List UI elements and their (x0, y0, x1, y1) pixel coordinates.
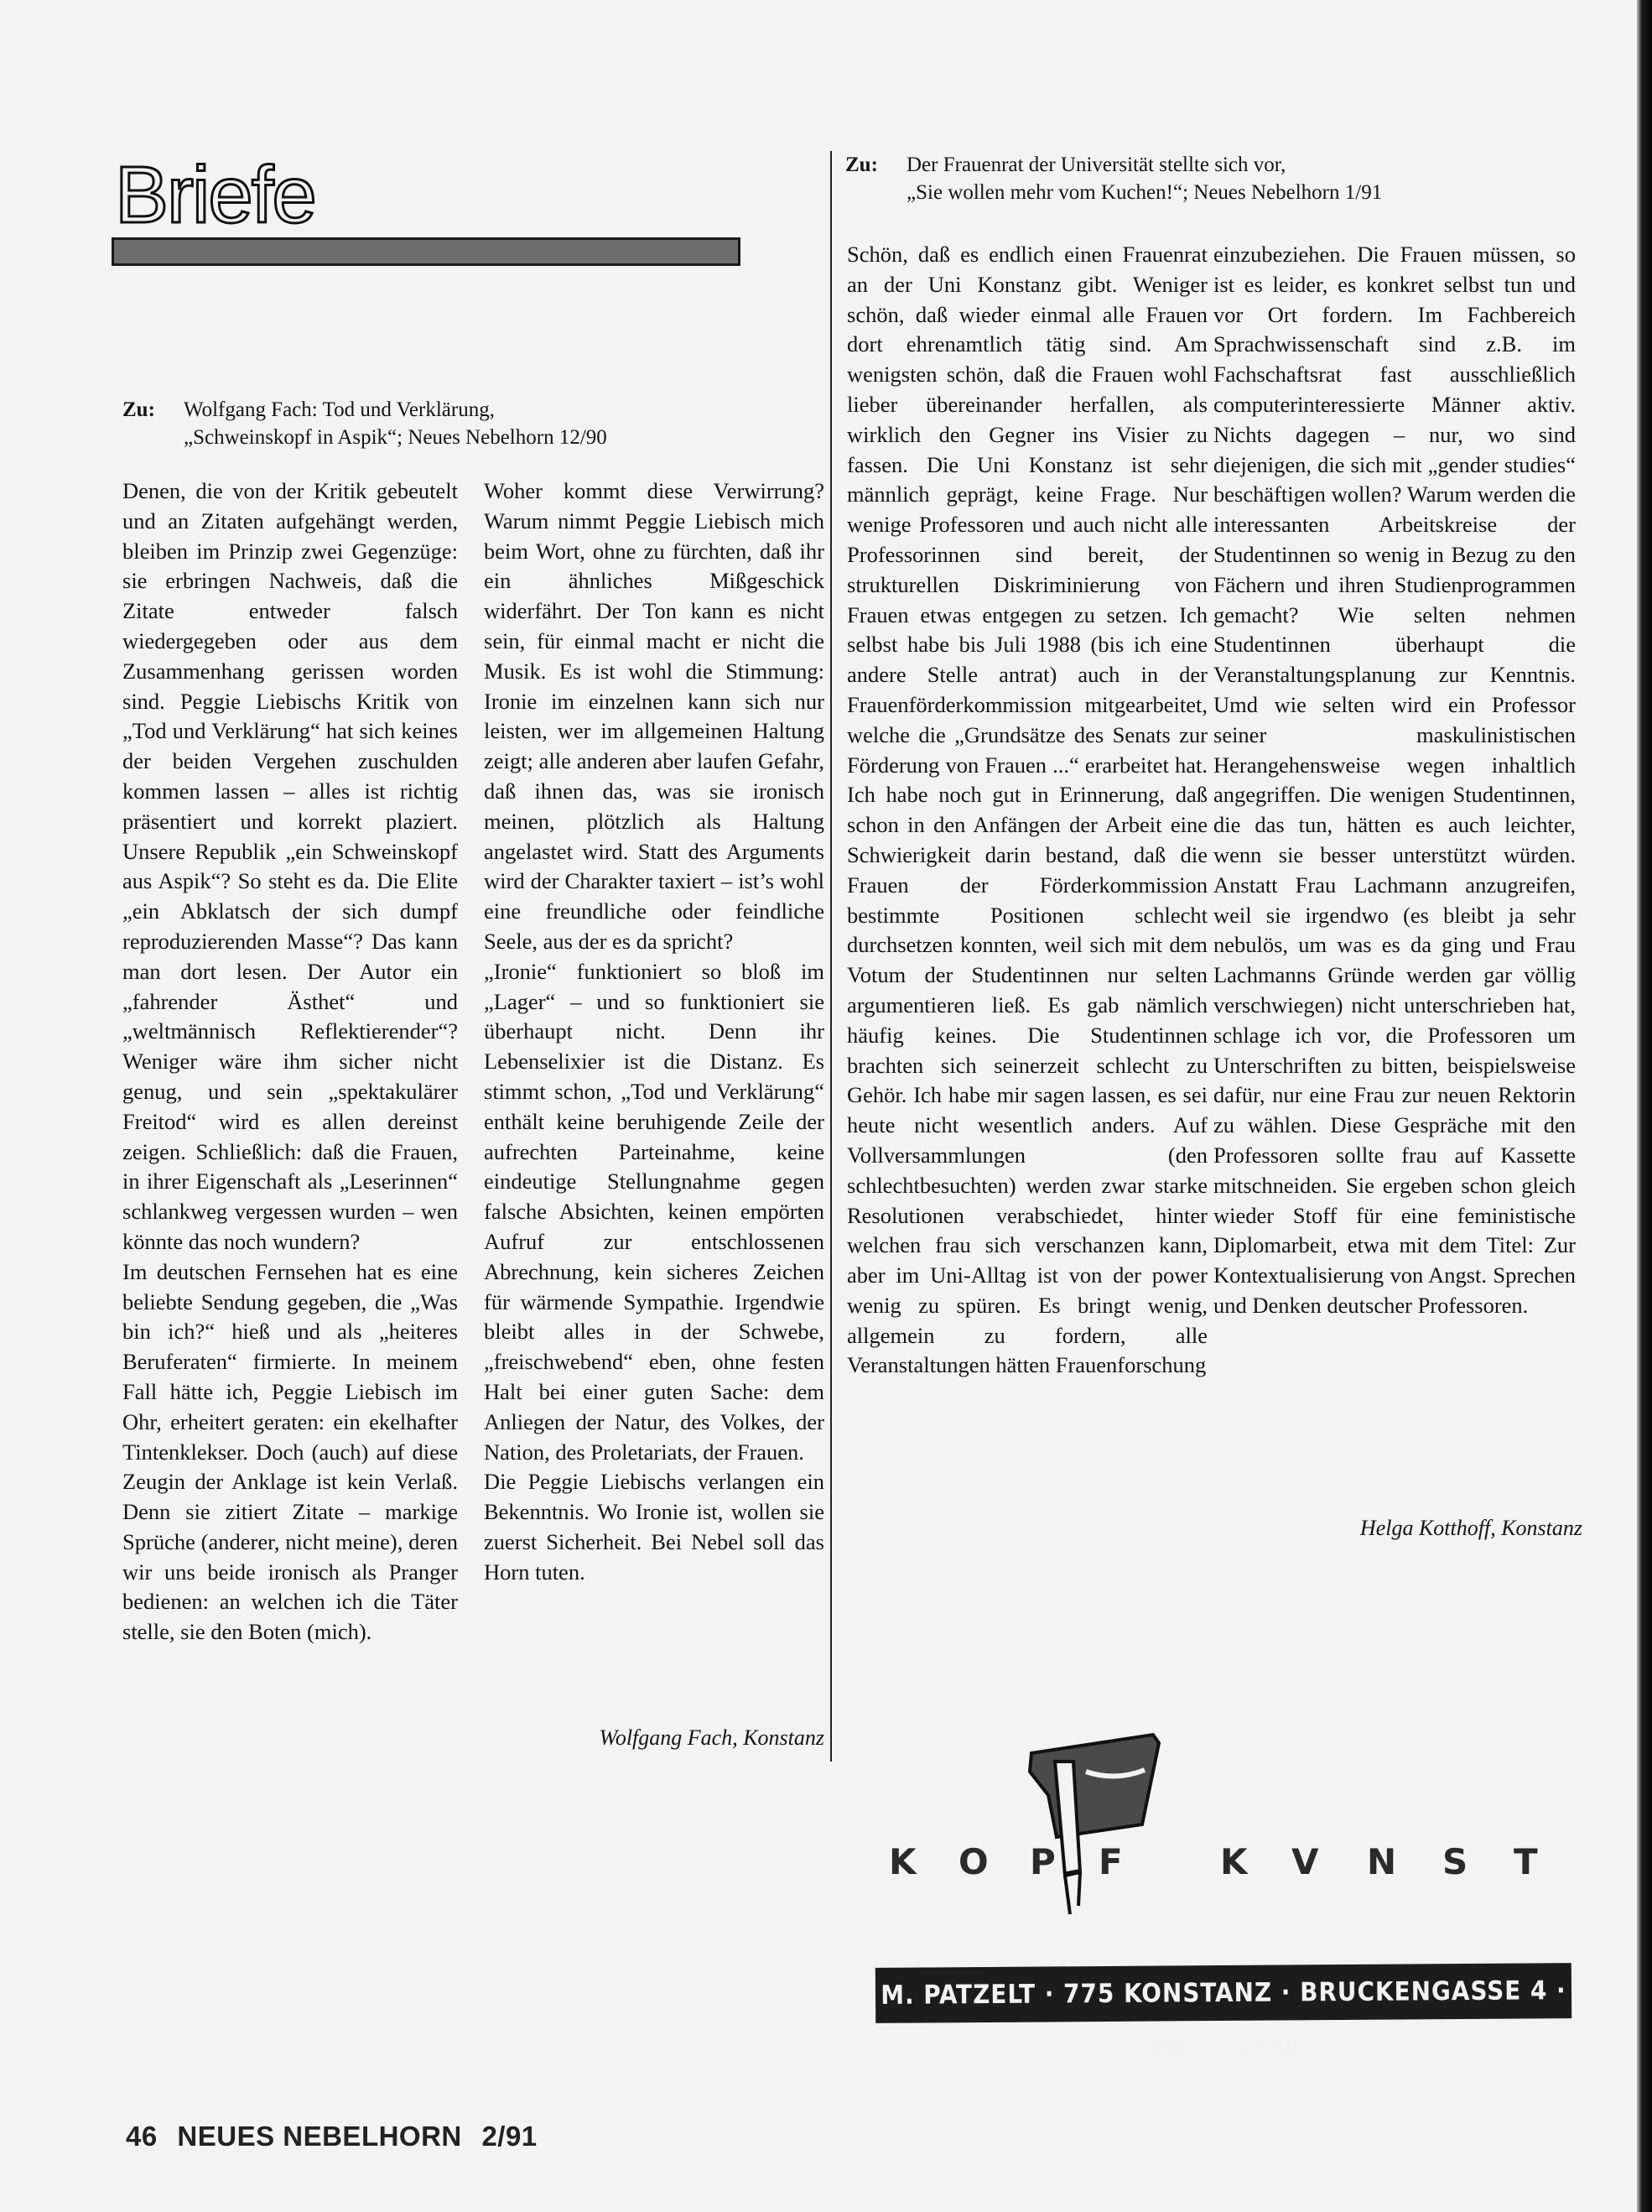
logo-letter: S (1442, 1841, 1468, 1882)
letter1-column-2: Woher kommt diese Verwirrung? Warum nimm… (484, 476, 824, 1587)
letter2-ref-label: Zu: (845, 151, 878, 179)
kopfkunst-advertisement: K O P F K V N S T M. PATZELT · 775 KONST… (864, 1720, 1593, 2055)
letter1-ref-line2: „Schweinskopf in Aspik“; Neues Nebelhorn… (184, 424, 760, 451)
logo-letter: P (1030, 1841, 1056, 1882)
letter2-paragraph: Schön, daß es endlich einen Frauenrat an… (847, 240, 1208, 1381)
logo-letter: F (1099, 1841, 1123, 1882)
letter2-column-2: einzubeziehen. Die Frauen müssen, so ist… (1213, 240, 1576, 1321)
letter1-paragraph: Denen, die von der Kritik gebeutelt und … (122, 476, 458, 1257)
letter1-paragraph: Woher kommt diese Verwirrung? Warum nimm… (484, 476, 824, 957)
page-footer: 46 NEUES NEBELHORN 2/91 (126, 2121, 549, 2152)
logo-letter: K (1220, 1841, 1248, 1882)
letter2-paragraph: einzubeziehen. Die Frauen müssen, so ist… (1213, 240, 1576, 1321)
page-number: 46 (126, 2121, 158, 2152)
column-divider (830, 151, 832, 1762)
kopfkunst-logotype: K O P F K V N S T (864, 1841, 1593, 1892)
letter1-ref-label: Zu: (122, 396, 155, 424)
section-title: Briefe (115, 155, 315, 236)
logo-letter: O (958, 1841, 989, 1882)
ad-address-bar: M. PATZELT · 775 KONSTANZ · BRUCKENGASSE… (875, 1963, 1571, 2023)
logo-letter: N (1367, 1841, 1396, 1882)
letter1-signature: Wolfgang Fach, Konstanz (484, 1724, 824, 1752)
letter2-reference: Zu: Der Frauenrat der Universität stellt… (845, 151, 1499, 206)
letter1-ref-line1: Wolfgang Fach: Tod und Verklärung, (184, 396, 760, 424)
logo-letter: T (1514, 1841, 1538, 1882)
letter1-paragraph: Im deutschen Fernsehen hat es eine belie… (122, 1257, 458, 1647)
letter2-ref-line2: „Sie wollen mehr vom Kuchen!“; Neues Neb… (907, 179, 1499, 206)
logo-letter: K (889, 1841, 917, 1882)
letter1-paragraph: „Ironie“ funktioniert so bloß im „Lager“… (484, 957, 824, 1468)
letter2-signature: Helga Kotthoff, Konstanz (1213, 1514, 1582, 1543)
letter1-column-1: Denen, die von der Kritik gebeutelt und … (122, 476, 458, 1647)
publication-name: NEUES NEBELHORN (177, 2121, 461, 2152)
letter2-column-1: Schön, daß es endlich einen Frauenrat an… (847, 240, 1208, 1381)
logo-letter: V (1291, 1841, 1319, 1882)
letter2-ref-line1: Der Frauenrat der Universität stellte si… (907, 151, 1499, 179)
issue-number: 2/91 (481, 2121, 537, 2152)
title-underline-bar (112, 237, 740, 266)
page-edge-shadow (1637, 0, 1652, 2212)
letter1-reference: Zu: Wolfgang Fach: Tod und Verklärung, „… (122, 396, 760, 451)
letter1-paragraph: Die Peggie Liebischs verlangen ein Beken… (484, 1467, 824, 1587)
